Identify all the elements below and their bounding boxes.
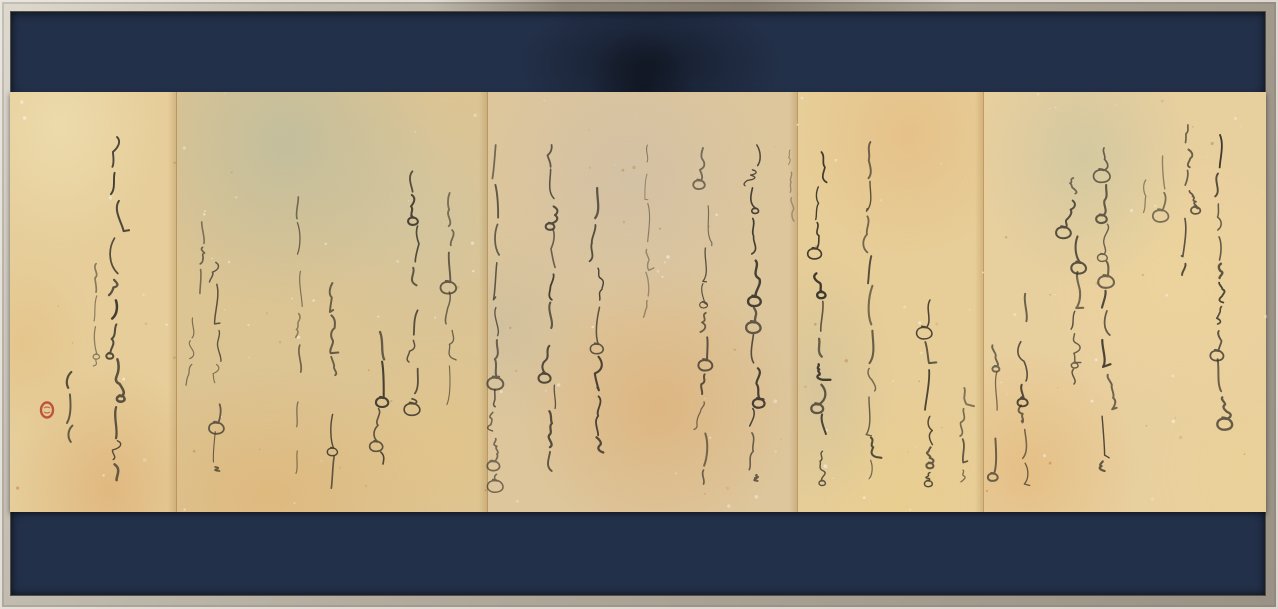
paper-speckle [557,383,561,387]
ink-stroke [551,230,555,268]
ink-stroke [791,198,794,221]
ink-stroke [548,145,552,167]
ink-stroke [93,360,96,366]
paper-speckle [1171,374,1174,377]
ink-stroke [1189,191,1200,214]
ink-stroke [449,330,456,360]
ink-stroke [217,331,221,362]
ink-stroke [1217,307,1222,324]
paper-speckle [1095,358,1098,361]
ink-stroke [115,407,116,438]
ink-stroke [1070,178,1077,194]
paper-speckle [942,427,943,428]
ink-stroke [447,366,450,405]
paper-speckle [727,504,730,507]
ink-stroke [1100,461,1105,471]
ink-stroke [549,411,552,447]
paper-speckle [16,487,19,490]
ink-stroke [297,402,298,427]
paper-speckle [173,356,176,359]
ink-stroke [752,219,756,254]
calligraphy-column [539,145,558,471]
ink-stroke [550,169,554,198]
ink-stroke [1185,170,1188,185]
paper-speckle [325,243,327,245]
ink-stroke [1215,174,1218,197]
ink-stroke [95,264,97,292]
paper-speckle [623,221,626,224]
paper-speckle [1142,274,1144,276]
paper-speckle [211,258,213,260]
paper-speckle [1154,205,1157,208]
ink-stroke [868,256,871,283]
ink-stroke [192,318,194,338]
ink-stroke [1219,237,1221,260]
ink-stroke [1219,264,1223,278]
paper-speckle [1115,104,1116,105]
paper-speckle [1172,420,1175,423]
paper-speckle [165,323,168,326]
ink-stroke [1102,340,1110,367]
paper-speckle [1166,294,1169,297]
paper-speckle [918,321,921,324]
paper-speckle [266,312,268,314]
ink-stroke [106,324,116,358]
ink-stroke [67,394,70,423]
paper-speckle [1146,425,1148,427]
ink-stroke [189,341,193,359]
paper-speckle [621,169,624,172]
paper-speckle [801,97,804,100]
paper-speckle [986,490,988,492]
ink-stroke [200,270,201,294]
ink-stroke [209,404,224,434]
paper-speckle [1005,236,1008,239]
ink-stroke [869,142,871,178]
ink-stroke [1210,331,1223,361]
ink-stroke [790,172,792,192]
paper-speckle [614,165,615,166]
ink-stroke [370,409,383,452]
ink-stroke [415,369,418,394]
calligraphy-layer [0,0,1278,609]
ink-stroke [299,345,301,372]
framed-artwork-photo: { "artwork": { "description": "framed ho… [0,0,1278,609]
paper-speckle [916,446,917,447]
calligraphy-column [1210,135,1232,430]
ink-stroke [917,300,932,339]
paper-speckle [434,317,436,319]
ink-stroke [744,170,756,186]
ink-stroke [215,284,220,324]
ink-stroke [492,145,495,179]
paper-speckle [734,349,736,351]
ink-stroke [1153,193,1169,222]
paper-speckle [920,352,923,355]
ink-stroke [816,187,819,220]
calligraphy-column [863,142,881,479]
paper-speckle [903,306,906,309]
paper-speckle [143,458,147,462]
ink-stroke [495,308,498,336]
paper-speckle [1055,107,1057,109]
ink-stroke [646,250,654,271]
paper-speckle [588,129,589,130]
paper-speckle [183,146,187,150]
paper-speckle [365,485,367,487]
paper-speckle [509,327,511,329]
ink-stroke [539,346,551,383]
red-seal [41,403,53,418]
paper-speckle [1007,394,1008,395]
ink-stroke [757,145,760,166]
ink-stroke [68,426,72,442]
ink-stroke [381,452,384,464]
ink-stroke [1094,148,1111,182]
paper-speckle [936,323,939,326]
paper-speckle [500,390,503,393]
ink-stroke [186,364,192,385]
paper-speckle [880,199,882,201]
paper-speckle [173,162,175,164]
paper-speckle [1000,382,1002,384]
ink-stroke [1019,405,1024,422]
ink-stroke [751,188,759,214]
ink-stroke [595,188,598,218]
paper-speckle [545,390,547,392]
calligraphy-column [370,332,389,464]
ink-stroke [404,399,420,416]
calligraphy-column [1094,148,1117,471]
paper-speckle [368,369,370,371]
paper-speckle [1043,454,1046,457]
ink-stroke [1098,262,1114,288]
paper-speckle [457,286,460,289]
ink-stroke [441,253,457,294]
ink-stroke [819,451,825,485]
calligraphy-column [960,388,974,482]
paper-speckle [969,309,971,311]
ink-stroke [746,308,760,333]
ink-stroke [376,362,388,407]
paper-speckle [193,450,196,453]
paper-speckle [544,100,545,101]
paper-speckle [20,100,24,104]
ink-stroke [1018,385,1028,407]
paper-speckle [485,489,487,491]
ink-stroke [1105,311,1110,335]
calligraphy-column [186,318,194,385]
paper-speckle [472,270,474,272]
paper-speckle [796,124,798,126]
ink-stroke [703,470,705,484]
calligraphy-column [590,188,604,453]
ink-stroke [871,438,882,458]
ink-stroke [964,388,974,406]
ink-stroke [863,216,868,252]
paper-speckle [203,213,206,216]
ink-stroke [200,247,204,264]
paper-speckle [1049,462,1052,465]
paper-speckle [297,336,300,339]
paper-speckle [863,496,866,499]
ink-stroke [646,145,647,162]
ink-stroke [296,451,297,473]
ink-stroke [1188,150,1192,168]
paper-speckle [1175,417,1177,419]
ink-stroke [698,337,712,370]
paper-speckle [339,466,342,469]
ink-stroke [1108,375,1117,410]
ink-stroke [645,174,648,200]
paper-speckle [1057,387,1058,388]
paper-speckle [414,131,415,132]
ink-stroke [789,150,791,165]
ink-stroke [817,364,830,380]
calligraphy-column [441,193,457,405]
paper-speckle [664,261,666,263]
paper-speckle [1049,108,1050,109]
paper-speckle [72,342,73,343]
ink-stroke [596,396,600,435]
paper-speckle [824,464,828,468]
ink-stroke [992,345,999,371]
ink-stroke [1102,291,1106,308]
paper-speckle [142,294,144,296]
ink-stroke [110,238,118,273]
ink-stroke [213,365,219,383]
ink-stroke [1072,369,1075,384]
ink-stroke [415,226,419,262]
paper-speckle [656,270,659,273]
ink-stroke [215,467,220,471]
ink-stroke [1018,342,1027,381]
ink-stroke [1186,125,1188,143]
ink-stroke [408,195,418,225]
ink-stroke [701,374,704,394]
ink-stroke [1096,185,1107,223]
ink-stroke [751,335,753,363]
ink-stroke [925,342,936,363]
ink-stroke [866,397,871,436]
paper-speckle [910,509,912,511]
calligraphy-column [1018,294,1030,486]
paper-speckle [247,324,249,326]
ink-stroke [414,310,418,334]
paper-speckle [780,438,781,439]
ink-stroke [867,181,871,211]
paper-speckle [659,227,661,229]
ink-stroke [1220,135,1222,168]
ink-stroke [869,460,872,479]
ink-stroke [112,441,120,460]
ink-stroke [1025,294,1027,321]
calligraphy-column [744,145,765,481]
ink-stroke [822,415,826,435]
calligraphy-column [693,148,712,484]
ink-stroke [821,152,826,182]
calligraphy-column [1056,178,1086,384]
paper-speckle [294,502,296,504]
calligraphy-column [327,283,338,488]
ink-stroke [700,313,705,332]
paper-speckle [814,323,817,326]
ink-stroke [331,457,334,489]
ink-stroke [549,303,552,328]
paper-speckle [967,182,968,183]
paper-speckle [1054,294,1055,295]
ink-stroke [407,340,415,362]
ink-stroke [495,224,499,255]
calligraphy-column [808,152,831,486]
paper-speckle [1192,126,1194,128]
paper-speckle [709,437,711,439]
ink-stroke [961,470,965,482]
paper-speckle [834,159,837,162]
paper-speckle [704,493,706,495]
paper-speckle [1151,498,1154,501]
ink-stroke [331,357,336,375]
ink-stroke [448,193,450,226]
calligraphy-column [1182,125,1201,275]
ink-stroke [380,332,384,359]
ink-stroke [451,230,454,245]
ink-stroke [700,284,708,308]
calligraphy-column [67,372,73,442]
ink-stroke [693,148,705,189]
ink-stroke [868,369,876,391]
calligraphy-column [209,262,224,471]
calligraphy-column [200,222,205,293]
ink-stroke [487,439,499,471]
paper-speckle [1130,209,1133,212]
ink-stroke [213,432,215,462]
paper-speckle [1234,117,1237,120]
calligraphy-column [988,345,1000,481]
ink-stroke [811,385,825,413]
paper-speckle [279,341,282,344]
ink-stroke [1144,180,1146,212]
ink-stroke [1023,430,1027,459]
paper-speckle [473,114,477,118]
paper-speckle [224,309,225,310]
paper-speckle [312,299,315,302]
ink-stroke [748,261,761,307]
paper-speckle [1244,453,1246,455]
paper-speckle [774,146,775,147]
paper-speckle [471,242,474,245]
ink-stroke [112,137,119,167]
paper-speckle [390,400,392,402]
ink-stroke [704,434,707,466]
calligraphy-column [296,197,302,473]
ink-stroke [960,409,964,436]
ink-stroke [590,225,596,261]
ink-stroke [67,372,71,388]
ink-stroke [548,452,552,471]
ink-stroke [495,185,498,218]
paper-speckle [982,272,984,274]
ink-stroke [749,433,754,470]
paper-speckle [1013,313,1016,316]
ink-stroke [410,171,413,191]
paper-speckle [726,487,729,490]
ink-stroke [210,262,219,282]
ink-stroke [330,283,334,312]
ink-stroke [595,357,602,391]
ink-stroke [988,439,998,481]
paper-speckle [632,166,635,169]
ink-stroke [754,475,758,481]
calligraphy-column [1144,180,1146,212]
ink-stroke [598,268,603,300]
paper-speckle [1091,400,1094,403]
ink-stroke [925,370,929,410]
ink-stroke [297,223,300,255]
ink-stroke [445,292,450,324]
ink-stroke [296,197,298,219]
paper-speckle [235,196,237,198]
ink-stroke [330,315,338,353]
paper-speckle [1161,100,1164,103]
paper-speckle [228,261,230,263]
paper-speckle [666,255,670,259]
ink-stroke [1162,156,1164,189]
ink-stroke [1071,311,1075,329]
ink-stroke [648,203,650,241]
ink-stroke [869,286,873,325]
ink-stroke [870,331,874,363]
calligraphy-column [917,300,937,487]
paper-speckle [259,449,260,450]
ink-stroke [814,273,825,298]
ink-stroke [1219,283,1224,303]
ink-stroke [494,263,497,300]
ink-stroke [808,223,822,259]
ink-stroke [549,274,553,299]
ink-stroke [93,327,99,359]
ink-stroke [1056,201,1075,239]
ink-stroke [597,437,604,452]
paper-speckle [755,495,759,499]
paper-speckle [860,232,861,233]
ink-stroke [1182,264,1186,275]
paper-speckle [320,460,322,462]
ink-stroke [115,464,119,480]
ink-stroke [646,272,649,296]
ink-stroke [1071,237,1086,274]
paper-speckle [892,380,894,382]
ink-stroke [1098,224,1109,261]
paper-speckle [775,450,777,452]
calligraphy-column [404,171,420,415]
ink-stroke [753,368,765,407]
ink-stroke [554,385,555,408]
calligraphy-column [93,264,99,366]
paper-speckle [1264,315,1268,319]
paper-speckle [661,276,663,278]
paper-speckle [940,163,942,165]
ink-stroke [327,414,337,455]
paper-speckle [591,326,594,329]
paper-speckle [1206,156,1207,157]
ink-stroke [300,271,303,306]
paper-speckle [102,474,105,477]
paper-speckle [58,306,59,307]
paper-speckle [145,322,148,325]
paper-speckle [715,214,717,216]
paper-speckle [832,478,833,479]
